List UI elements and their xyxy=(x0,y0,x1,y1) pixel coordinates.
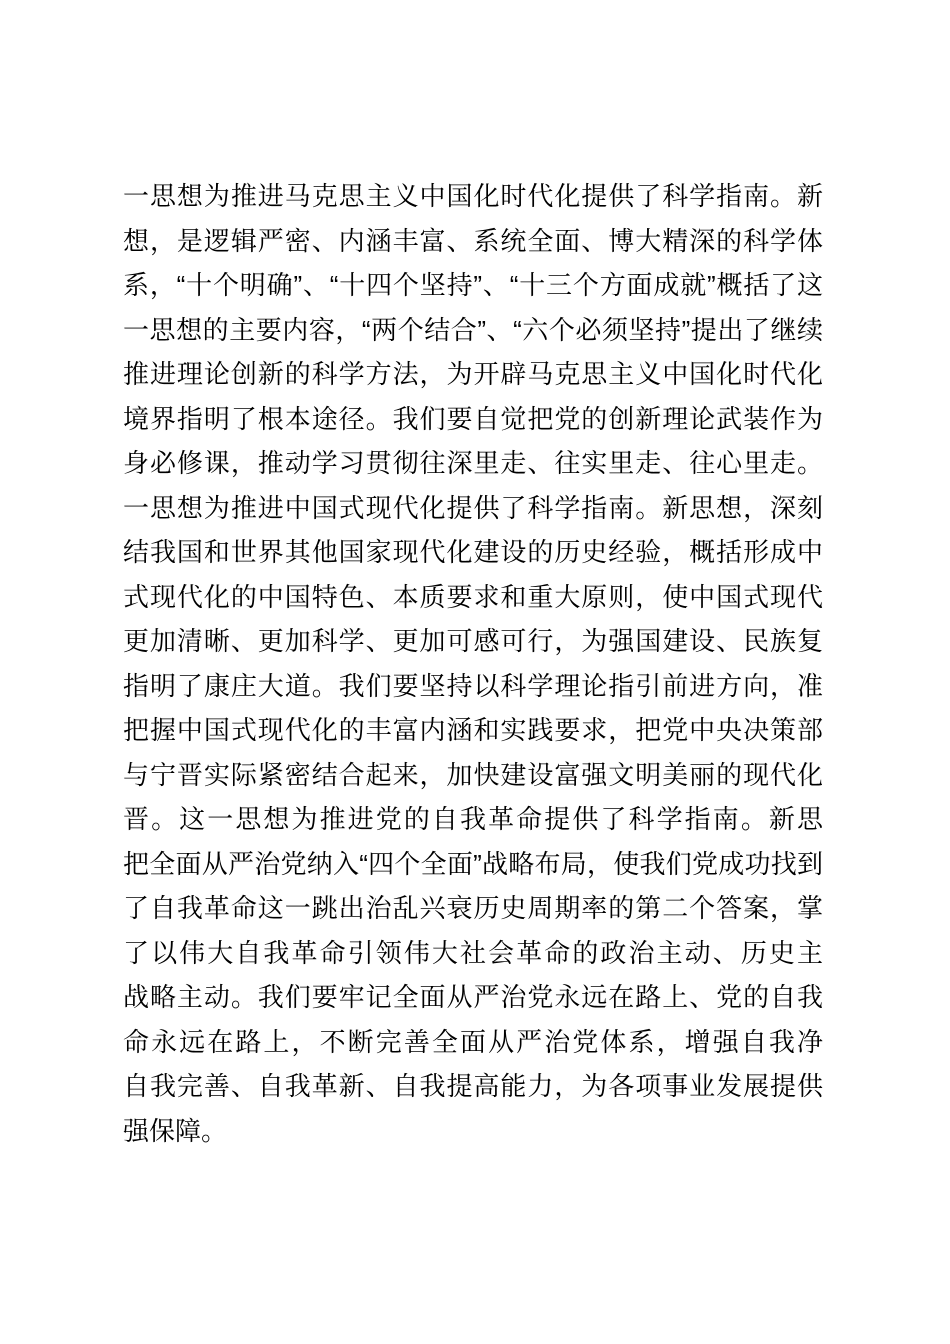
text-line: 一思想的主要内容，“两个结合”、“六个必须坚持”提出了继续 xyxy=(123,308,823,353)
text-line: 把握中国式现代化的丰富内涵和实践要求，把党中央决策部署 xyxy=(123,708,823,753)
text-line: 战略主动。我们要牢记全面从严治党永远在路上、党的自我革 xyxy=(123,975,823,1020)
text-line: 境界指明了根本途径。我们要自觉把党的创新理论武装作为终 xyxy=(123,397,823,442)
text-line: 一思想为推进马克思主义中国化时代化提供了科学指南。新思 xyxy=(123,174,823,219)
text-line: 推进理论创新的科学方法，为开辟马克思主义中国化时代化新 xyxy=(123,352,823,397)
text-line: 与宁晋实际紧密结合起来，加快建设富强文明美丽的现代化宁 xyxy=(123,753,823,798)
text-line: 式现代化的中国特色、本质要求和重大原则，使中国式现代化 xyxy=(123,575,823,620)
text-line: 强保障。 xyxy=(123,1109,823,1154)
text-line: 指明了康庄大道。我们要坚持以科学理论指引前进方向，准确 xyxy=(123,664,823,709)
text-line: 命永远在路上，不断完善全面从严治党体系，增强自我净化、 xyxy=(123,1020,823,1065)
text-line: 系，“十个明确”、“十四个坚持”、“十三个方面成就”概括了这 xyxy=(123,263,823,308)
text-line: 身必修课，推动学习贯彻往深里走、往实里走、往心里走。这 xyxy=(123,441,823,486)
document-page: 一思想为推进马克思主义中国化时代化提供了科学指南。新思 想，是逻辑严密、内涵丰富… xyxy=(0,0,950,1344)
text-line: 了以伟大自我革命引领伟大社会革命的政治主动、历史主动、 xyxy=(123,931,823,976)
text-line: 想，是逻辑严密、内涵丰富、系统全面、博大精深的科学体 xyxy=(123,219,823,264)
text-line: 结我国和世界其他国家现代化建设的历史经验，概括形成中国 xyxy=(123,530,823,575)
text-line: 更加清晰、更加科学、更加可感可行，为强国建设、民族复兴 xyxy=(123,619,823,664)
document-text-block: 一思想为推进马克思主义中国化时代化提供了科学指南。新思 想，是逻辑严密、内涵丰富… xyxy=(123,174,823,1153)
text-line: 了自我革命这一跳出治乱兴衰历史周期率的第二个答案，掌握 xyxy=(123,886,823,931)
text-line: 把全面从严治党纳入“四个全面”战略布局，使我们党成功找到 xyxy=(123,842,823,887)
text-line: 一思想为推进中国式现代化提供了科学指南。新思想，深刻总 xyxy=(123,486,823,531)
text-line: 自我完善、自我革新、自我提高能力，为各项事业发展提供坚 xyxy=(123,1064,823,1109)
text-line: 晋。这一思想为推进党的自我革命提供了科学指南。新思想， xyxy=(123,797,823,842)
